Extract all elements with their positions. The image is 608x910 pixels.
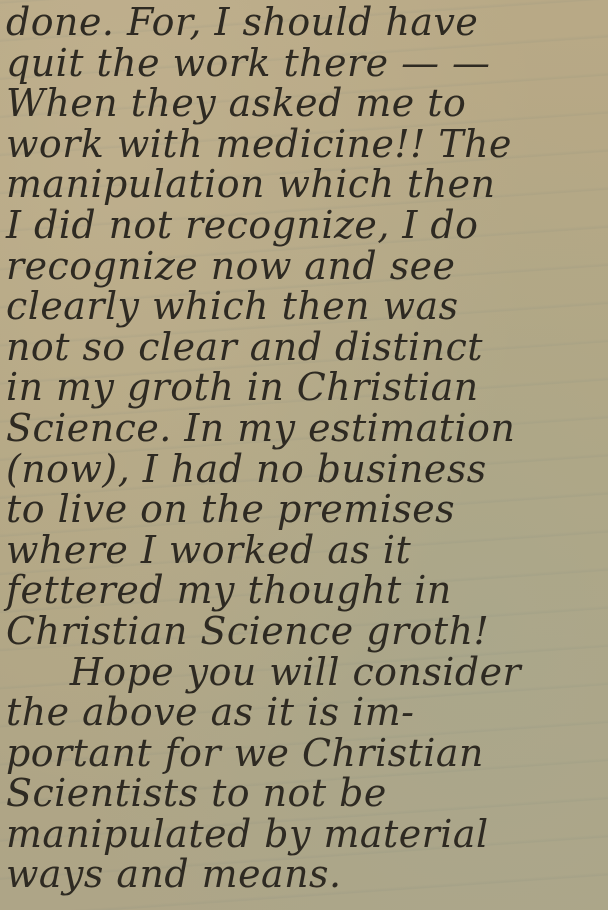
handwritten-text-block: done. For, I should have quit the work t… [6,2,606,895]
text-line-19: portant for we Christian [6,733,604,774]
text-line-14: where I worked as it [6,530,604,571]
text-line-8: clearly which then was [6,286,604,327]
text-line-15: fettered my thought in [6,570,604,611]
text-line-3: When they asked me to [6,83,604,124]
text-line-9: not so clear and distinct [6,327,604,368]
text-line-18: the above as it is im- [6,692,604,733]
text-line-10: in my groth in Christian [6,367,604,408]
text-line-2: quit the work there — — [6,43,604,84]
text-line-1: done. For, I should have [6,2,604,43]
text-line-12: (now), I had no business [6,449,604,490]
text-line-17: Hope you will consider [6,652,604,693]
text-line-16: Christian Science groth! [6,611,604,652]
letter-page: done. For, I should have quit the work t… [0,0,608,910]
text-line-21: manipulated by material [6,814,604,855]
text-line-13: to live on the premises [6,489,604,530]
text-line-7: recognize now and see [6,246,604,287]
text-line-5: manipulation which then [6,164,604,205]
text-line-22: ways and means. [6,854,604,895]
text-line-4: work with medicine!! The [6,124,604,165]
text-line-11: Science. In my estimation [6,408,604,449]
text-line-20: Scientists to not be [6,773,604,814]
text-line-6: I did not recognize, I do [6,205,604,246]
